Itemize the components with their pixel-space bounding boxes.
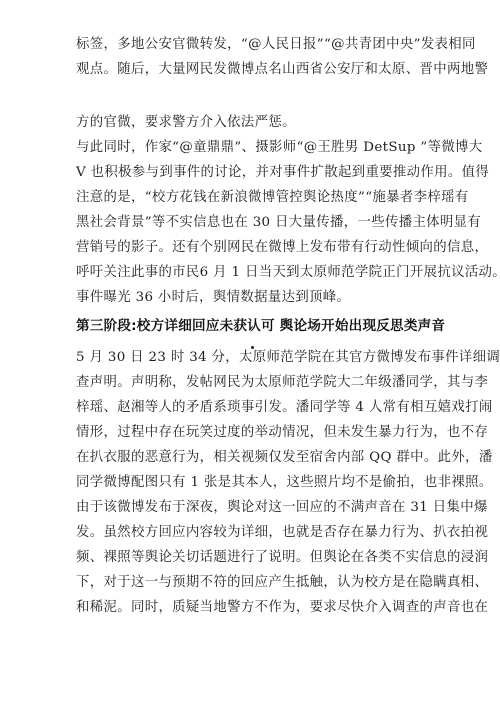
paragraph-line: 发。虽然校方回应内容较为详细，也就是否存在暴力行为、扒衣拍视: [76, 525, 428, 541]
paragraph-line: 情形，过程中存在玩笑过度的举动情况，但未发生暴力行为，也不存: [76, 425, 428, 441]
paragraph-line: 在扒衣服的恶意行为，相关视频仅发至宿舍内部 QQ 群中。此外，潘: [76, 450, 428, 466]
paragraph-line: 频、裸照等舆论关切话题进行了说明。但舆论在各类不实信息的浸润: [76, 550, 428, 566]
paragraph-line: 营销号的影子。还有个别网民在微博上发布带有行动性倾向的信息，: [76, 240, 428, 256]
paragraph-line: 标签，多地公安官微转发，“@人民日报”“@共青团中央”发表相同: [76, 37, 428, 53]
paragraph-line: V 也积极参与到事件的讨论，并对事件扩散起到重要推动作用。值得: [76, 165, 428, 181]
paragraph-line: 注意的是，“校方花钱在新浪微博管控舆论热度”“施暴者李梓瑶有: [76, 190, 428, 206]
paragraph-line: 5 月 30 日 23 时 34 分，太原师范学院在其官方微博发布事件详细调: [76, 350, 428, 366]
paragraph-line: 事件曝光 36 小时后，舆情数据量达到顶峰。: [76, 290, 428, 306]
paragraph-line: 梓瑶、赵湘等人的矛盾系琐事引发。潘同学等 4 人常有相互嬉戏打闹: [76, 400, 428, 416]
paragraph-line: 由于该微博发布于深夜，舆论对这一回应的不满声音在 31 日集中爆: [76, 500, 428, 516]
paragraph-line: 与此同时，作家“@童鼎鼎”、摄影师“@王胜男 DetSup ”等微博大: [76, 140, 428, 156]
paragraph-line: 和稀泥。同时，质疑当地警方不作为，要求尽快介入调查的声音也在: [76, 600, 428, 616]
document-page: 标签，多地公安官微转发，“@人民日报”“@共青团中央”发表相同 观点。随后，大量…: [0, 0, 500, 707]
paragraph-line: 黑社会背景”等不实信息也在 30 日大量传播，一些传播主体明显有: [76, 215, 428, 231]
paragraph-line: 观点。随后，大量网民发微博点名山西省公安厅和太原、晋中两地警: [76, 62, 428, 78]
paragraph-line: 同学微博配图只有 1 张是其本人，这些照片均不是偷拍，也非裸照。: [76, 475, 428, 491]
paragraph-line: 呼吁关注此事的市民6 月 1 日当天到太原师范学院正门开展抗议活动。: [76, 265, 428, 281]
bullet-dot: [251, 346, 254, 349]
section-heading: 第三阶段:校方详细回应未获认可 舆论场开始出现反思类声音: [76, 318, 428, 334]
paragraph-line: 下，对于这一与预期不符的回应产生抵触，认为校方是在隐瞒真相、: [76, 575, 428, 591]
paragraph-line: 方的官微，要求警方介入依法严惩。: [76, 115, 428, 131]
paragraph-line: 查声明。声明称，发帖网民为太原师范学院大二年级潘同学，其与李: [76, 375, 428, 391]
